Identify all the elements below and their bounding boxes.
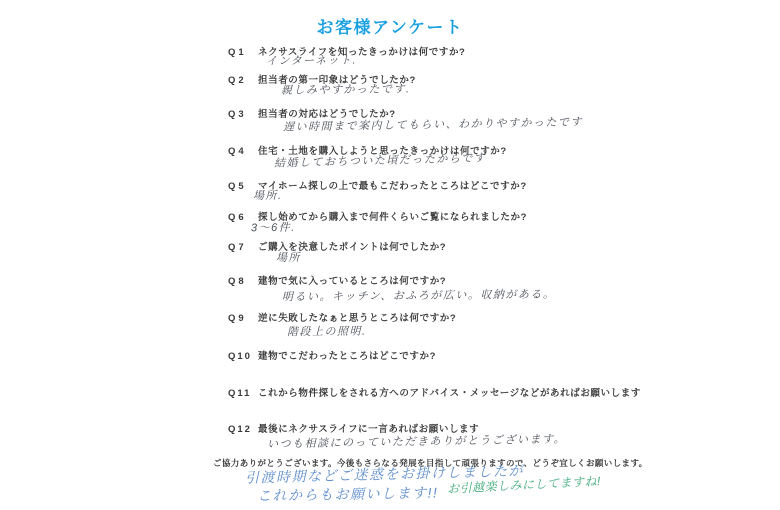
question-number: Q4 — [228, 146, 258, 157]
question-number: Q2 — [228, 75, 258, 86]
survey-sheet: お客様アンケート Q1ネクサスライフを知ったきっかけは何ですか? インターネット… — [0, 0, 780, 510]
handwritten-answer: 明るい。キッチン、おふろが広い。収納がある。 — [282, 286, 556, 305]
question-number: Q7 — [228, 242, 258, 253]
customer-handwritten-note-line2: これからもお願いします!! — [257, 482, 439, 505]
handwritten-answer: インターネット. — [266, 52, 357, 69]
question-text: マイホーム探しの上で最もこだわったところはどこですか? — [258, 181, 527, 192]
question-row: Q10建物でこだわったところはどこですか? — [228, 346, 436, 364]
question-row: Q7ご購入を決意したポイントは何でしたか? — [228, 237, 446, 255]
handwritten-answer: 階段上の照明. — [287, 323, 367, 340]
handwritten-answer: 場所 — [276, 249, 301, 265]
question-number: Q9 — [228, 313, 258, 324]
question-number: Q10 — [228, 351, 258, 362]
question-number: Q11 — [228, 388, 258, 399]
question-number: Q12 — [228, 424, 258, 435]
question-number: Q8 — [228, 276, 258, 287]
question-text: 探し始めてから購入まで何件くらいご覧になられましたか? — [258, 212, 527, 223]
question-text: これから物件探しをされる方へのアドバイス・メッセージなどがあればお願いします — [258, 388, 641, 399]
question-number: Q3 — [228, 109, 258, 120]
question-number: Q1 — [228, 47, 258, 58]
handwritten-answer: 場所. — [253, 187, 283, 203]
question-text: 建物で気に入っているところは何ですか? — [258, 276, 446, 287]
handwritten-answer: 親しみやすかったです. — [281, 80, 411, 97]
survey-title: お客様アンケート — [0, 13, 780, 38]
question-text: 建物でこだわったところはどこですか? — [258, 351, 436, 362]
question-row: Q11これから物件探しをされる方へのアドバイス・メッセージなどがあればお願いしま… — [228, 383, 641, 401]
handwritten-answer: 3〜6件. — [251, 219, 296, 235]
